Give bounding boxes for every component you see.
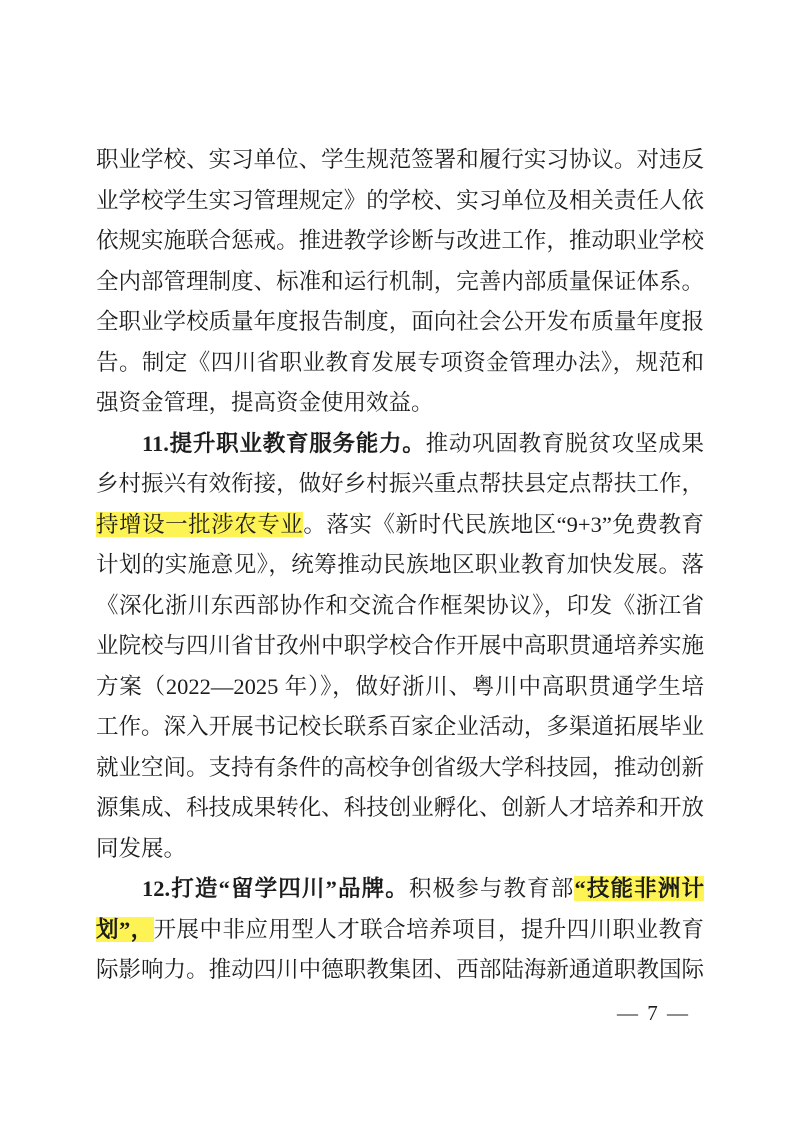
text-run: 全内部管理制度、标准和运行机制，完善内部质量保证体系。健 (96, 269, 704, 303)
document-page: 职业学校、实习单位、学生规范签署和履行实习协议。对违反《职业学校学生实习管理规定… (0, 0, 793, 1122)
text-run: 就业空间。支持有条件的高校争创省级大学科技园，推动创新资 (96, 755, 704, 789)
document-body: 职业学校、实习单位、学生规范签署和履行实习协议。对违反《职业学校学生实习管理规定… (96, 140, 704, 991)
text-line: 业院校与四川省甘孜州中职学校合作开展中高职贯通培养实施 (96, 626, 704, 667)
text-run: 积极参与教育部 (409, 876, 575, 901)
highlighted-text: “技能非洲计 (574, 876, 704, 901)
text-line: 同发展。 (96, 829, 704, 870)
text-line: 全职业学校质量年度报告制度，面向社会公开发布质量年度报 (96, 302, 704, 343)
text-run: 源集成、科技成果转化、科技创业孵化、创新人才培养和开放协 (96, 795, 704, 829)
highlighted-text: 持增设一批涉农专业 (96, 512, 303, 537)
text-run: 《深化浙川东西部协作和交流合作框架协议》，印发《浙江省职 (96, 593, 704, 627)
text-line: 告。制定《四川省职业教育发展专项资金管理办法》，规范和加 (96, 343, 704, 384)
text-line: 乡村振兴有效衔接，做好乡村振兴重点帮扶县定点帮扶工作，支 (96, 464, 704, 505)
text-line: 划”，开展中非应用型人才联合培养项目，提升四川职业教育国 (96, 910, 704, 951)
text-run: 告。制定《四川省职业教育发展专项资金管理办法》，规范和加 (96, 350, 704, 384)
text-run: 12.打造“留学四川”品牌。 (142, 876, 409, 901)
text-line: 计划的实施意见》，统筹推动民族地区职业教育加快发展。落实 (96, 545, 704, 586)
text-line: 全内部管理制度、标准和运行机制，完善内部质量保证体系。健 (96, 262, 704, 303)
highlighted-text: 划”， (96, 917, 154, 942)
text-run: 。落实《新时代民族地区“9+3”免费教育 (303, 512, 704, 537)
paragraph-item-12: 12.打造“留学四川”品牌。积极参与教育部“技能非洲计划”，开展中非应用型人才联… (96, 869, 704, 991)
text-run: 业院校与四川省甘孜州中职学校合作开展中高职贯通培养实施 (96, 633, 704, 658)
text-run: 业学校学生实习管理规定》的学校、实习单位及相关责任人依法 (96, 188, 704, 222)
text-line: 《深化浙川东西部协作和交流合作框架协议》，印发《浙江省职 (96, 586, 704, 627)
text-run: 11.提升职业教育服务能力。 (142, 431, 426, 456)
text-run: 方案（2022—2025 年）》，做好浙川、粤川中高职贯通学生培养 (96, 674, 704, 708)
text-line: 依规实施联合惩戒。推进教学诊断与改进工作，推动职业学校健 (96, 221, 704, 262)
text-line: 持增设一批涉农专业。落实《新时代民族地区“9+3”免费教育 (96, 505, 704, 546)
page-number: — 7 — (617, 1001, 690, 1026)
text-line: 12.打造“留学四川”品牌。积极参与教育部“技能非洲计 (96, 869, 704, 910)
text-run: 同发展。 (96, 836, 186, 861)
paragraph-item-11: 11.提升职业教育服务能力。推动巩固教育脱贫攻坚成果同乡村振兴有效衔接，做好乡村… (96, 424, 704, 870)
text-line: 源集成、科技成果转化、科技创业孵化、创新人才培养和开放协 (96, 788, 704, 829)
text-run: 际影响力。推动四川中德职教集团、西部陆海新通道职教国际联 (96, 957, 704, 991)
text-line: 11.提升职业教育服务能力。推动巩固教育脱贫攻坚成果同 (96, 424, 704, 465)
text-line: 工作。深入开展书记校长联系百家企业活动，多渠道拓展毕业生 (96, 707, 704, 748)
text-run: 强资金管理，提高资金使用效益。 (96, 390, 434, 415)
text-run: 开展中非应用型人才联合培养项目，提升四川职业教育国 (96, 917, 704, 951)
text-run: 全职业学校质量年度报告制度，面向社会公开发布质量年度报 (96, 309, 704, 334)
text-line: 业学校学生实习管理规定》的学校、实习单位及相关责任人依法 (96, 181, 704, 222)
text-line: 方案（2022—2025 年）》，做好浙川、粤川中高职贯通学生培养 (96, 667, 704, 708)
text-line: 就业空间。支持有条件的高校争创省级大学科技园，推动创新资 (96, 748, 704, 789)
text-run: 乡村振兴有效衔接，做好乡村振兴重点帮扶县定点帮扶工作， (96, 471, 704, 496)
text-line: 职业学校、实习单位、学生规范签署和履行实习协议。对违反《职 (96, 140, 704, 181)
text-line: 际影响力。推动四川中德职教集团、西部陆海新通道职教国际联 (96, 950, 704, 991)
paragraph-continuation: 职业学校、实习单位、学生规范签署和履行实习协议。对违反《职业学校学生实习管理规定… (96, 140, 704, 424)
text-run: 依规实施联合惩戒。推进教学诊断与改进工作，推动职业学校健 (96, 228, 704, 262)
text-line: 强资金管理，提高资金使用效益。 (96, 383, 704, 424)
text-run: 工作。深入开展书记校长联系百家企业活动，多渠道拓展毕业生 (96, 714, 704, 748)
text-run: 职业学校、实习单位、学生规范签署和履行实习协议。对违反《职 (96, 147, 704, 181)
text-run: 计划的实施意见》，统筹推动民族地区职业教育加快发展。落实 (96, 552, 704, 586)
